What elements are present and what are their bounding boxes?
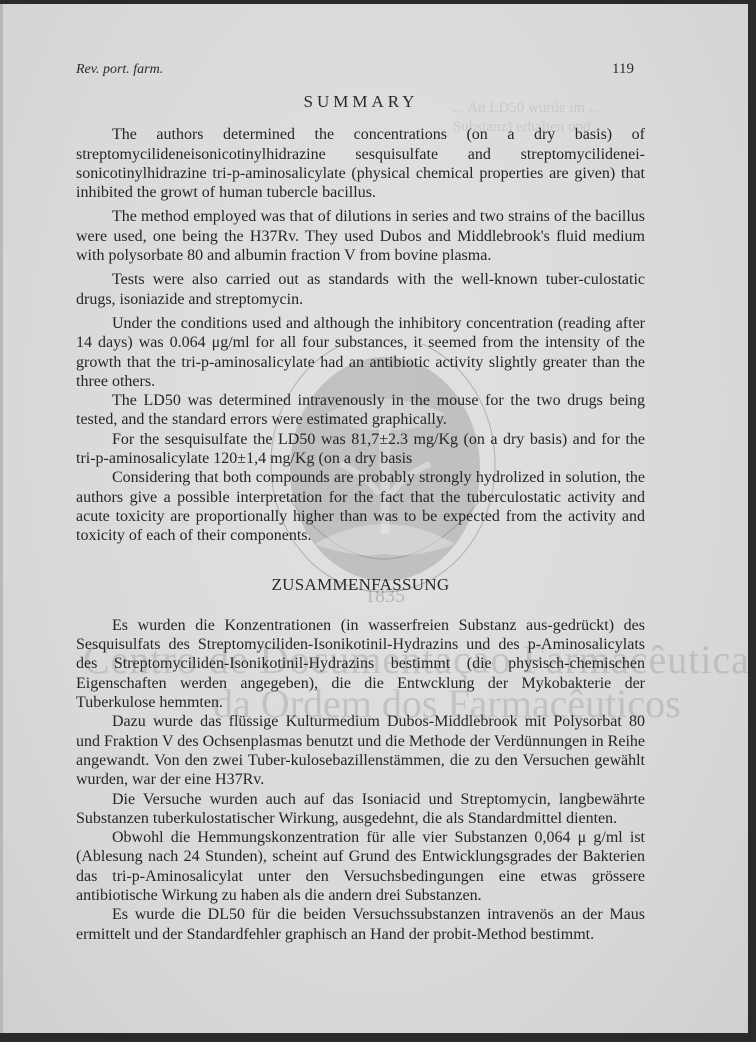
summary-heading: SUMMARY: [77, 92, 645, 111]
zusammenfassung-paragraph: Obwohl die Hemmungskonzentration für all…: [76, 828, 645, 905]
zusammenfassung-heading: ZUSAMMENFASSUNG: [76, 575, 645, 594]
summary-paragraph: Under the conditions used and although t…: [76, 314, 645, 391]
scanned-page: ... An LD50 wurde im ... Substanz) erhal…: [0, 4, 748, 1033]
summary-paragraph: The LD50 was determined intravenously in…: [76, 391, 645, 430]
page-header: Rev. port. farm. 119: [76, 62, 634, 82]
zusammenfassung-paragraph: Es wurden die Konzentrationen (in wasser…: [76, 616, 645, 712]
running-head: Rev. port. farm.: [76, 62, 163, 78]
page-content: SUMMARY The authors determined the conce…: [76, 92, 645, 944]
zusammenfassung-paragraph: Die Versuche wurden auch auf das Isoniac…: [76, 790, 645, 829]
zusammenfassung-paragraph: Dazu wurde das flüssige Kulturmedium Dub…: [76, 712, 645, 789]
summary-paragraph: Tests were also carried out as standards…: [76, 270, 645, 309]
page-number: 119: [612, 61, 634, 78]
summary-paragraph: The method employed was that of dilution…: [76, 207, 645, 265]
summary-paragraph: Considering that both compounds are prob…: [76, 468, 645, 545]
summary-paragraph: The authors determined the concentration…: [76, 125, 645, 202]
summary-paragraph: For the sesquisulfate the LD50 was 81,7±…: [76, 430, 645, 469]
zusammenfassung-paragraph: Es wurde die DL50 für die beiden Versuch…: [76, 905, 645, 944]
